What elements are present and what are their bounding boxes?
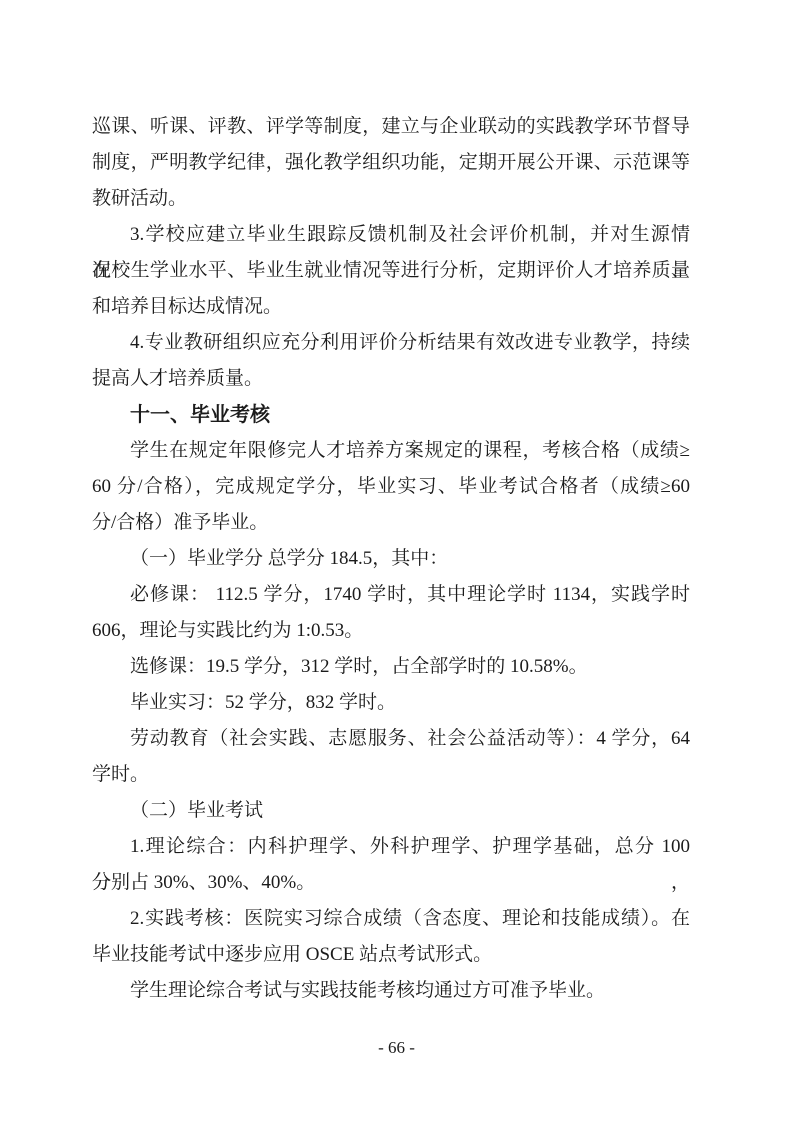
text-line: 学生在规定年限修完人才培养方案规定的课程，考核合格（成绩≥ (92, 433, 690, 469)
text-line: 60 分/合格），完成规定学分，毕业实习、毕业考试合格者（成绩≥60 (92, 469, 690, 505)
text-line: 提高人才培养质量。 (92, 361, 690, 397)
text-line: 毕业实习：52 学分，832 学时。 (92, 685, 690, 721)
text-line: 2.实践考核：医院实习综合成绩（含态度、理论和技能成绩）。在 (92, 901, 690, 937)
text-line: 制度，严明教学纪律，强化教学组织功能，定期开展公开课、示范课等 (92, 145, 690, 181)
section-heading: 十一、毕业考核 (92, 397, 690, 433)
text-line: 1.理论综合：内科护理学、外科护理学、护理学基础，总分 100 分， (92, 829, 690, 865)
text-line: 和培养目标达成情况。 (92, 289, 690, 325)
text-line: 学生理论综合考试与实践技能考核均通过方可准予毕业。 (92, 973, 690, 1009)
text-line: 学时。 (92, 757, 690, 793)
text-line: 劳动教育（社会实践、志愿服务、社会公益活动等）：4 学分，64 (92, 721, 690, 757)
text-line: 分/合格）准予毕业。 (92, 505, 690, 541)
text-line: 教研活动。 (92, 181, 690, 217)
subsection-title: （一）毕业学分 总学分 184.5，其中： (92, 541, 690, 577)
text-line: 巡课、听课、评教、评学等制度，建立与企业联动的实践教学环节督导 (92, 109, 690, 145)
text-line: 在校生学业水平、毕业生就业情况等进行分析，定期评价人才培养质量 (92, 253, 690, 289)
text-line: 3.学校应建立毕业生跟踪反馈机制及社会评价机制，并对生源情况、 (92, 217, 690, 253)
page-body: 巡课、听课、评教、评学等制度，建立与企业联动的实践教学环节督导 制度，严明教学纪… (92, 109, 690, 1009)
text-line: 选修课：19.5 学分，312 学时，占全部学时的 10.58%。 (92, 649, 690, 685)
text-line: 毕业技能考试中逐步应用 OSCE 站点考试形式。 (92, 937, 690, 973)
document-page: 巡课、听课、评教、评学等制度，建立与企业联动的实践教学环节督导 制度，严明教学纪… (0, 0, 793, 1122)
subsection-title: （二）毕业考试 (92, 793, 690, 829)
text-line: 必修课： 112.5 学分，1740 学时，其中理论学时 1134，实践学时 (92, 577, 690, 613)
page-number: - 66 - (0, 1036, 793, 1060)
text-line: 4.专业教研组织应充分利用评价分析结果有效改进专业教学，持续 (92, 325, 690, 361)
text-line: 606，理论与实践比约为 1:0.53。 (92, 613, 690, 649)
